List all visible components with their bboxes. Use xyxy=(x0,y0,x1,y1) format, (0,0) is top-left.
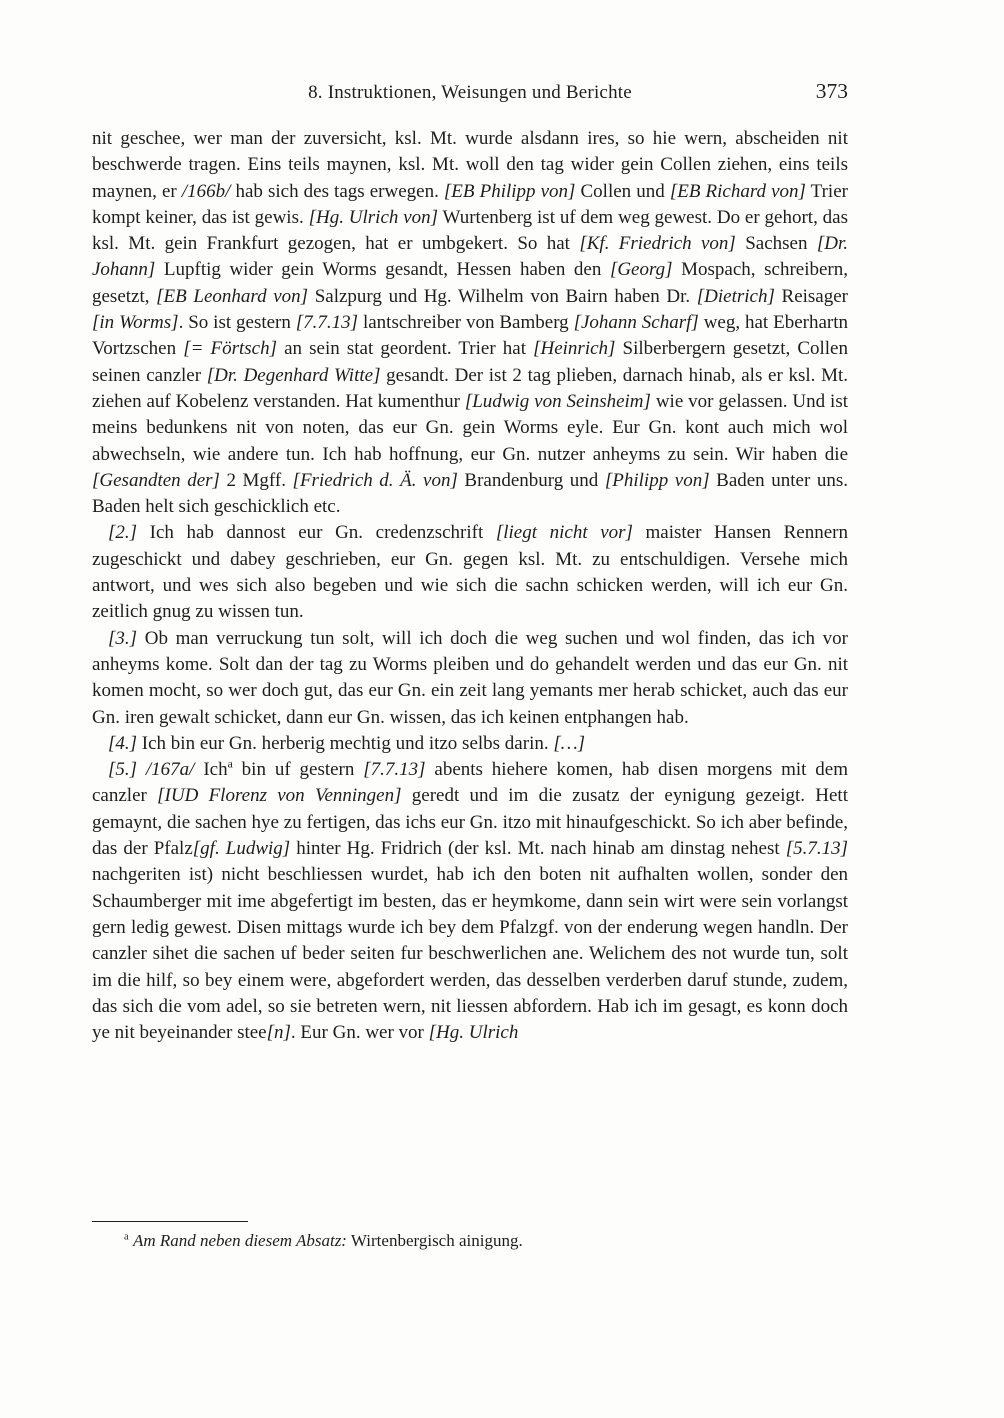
paragraph-3: [3.] Ob man verruckung tun solt, will ic… xyxy=(92,626,848,731)
running-header: 8. Instruktionen, Weisungen und Berichte… xyxy=(92,80,848,106)
book-page: 8. Instruktionen, Weisungen und Berichte… xyxy=(0,0,1004,1418)
footnote-text: a Am Rand neben diesem Absatz: Wirtenber… xyxy=(92,1229,848,1253)
paragraph-5: [5.] /167a/ Icha bin uf gestern [7.7.13]… xyxy=(92,757,848,1046)
paragraph-2: [2.] Ich hab dannost eur Gn. credenzschr… xyxy=(92,520,848,625)
paragraph-4: [4.] Ich bin eur Gn. herberig mechtig un… xyxy=(92,731,848,757)
body-text: nit geschee, wer man der zuversicht, ksl… xyxy=(92,126,848,1046)
page-number: 373 xyxy=(816,78,848,104)
paragraph-1: nit geschee, wer man der zuversicht, ksl… xyxy=(92,126,848,520)
text-column: 8. Instruktionen, Weisungen und Berichte… xyxy=(92,80,848,1046)
footnote-area: a Am Rand neben diesem Absatz: Wirtenber… xyxy=(92,1221,848,1253)
footnote-separator-rule xyxy=(92,1221,248,1222)
chapter-header: 8. Instruktionen, Weisungen und Berichte xyxy=(92,80,848,106)
